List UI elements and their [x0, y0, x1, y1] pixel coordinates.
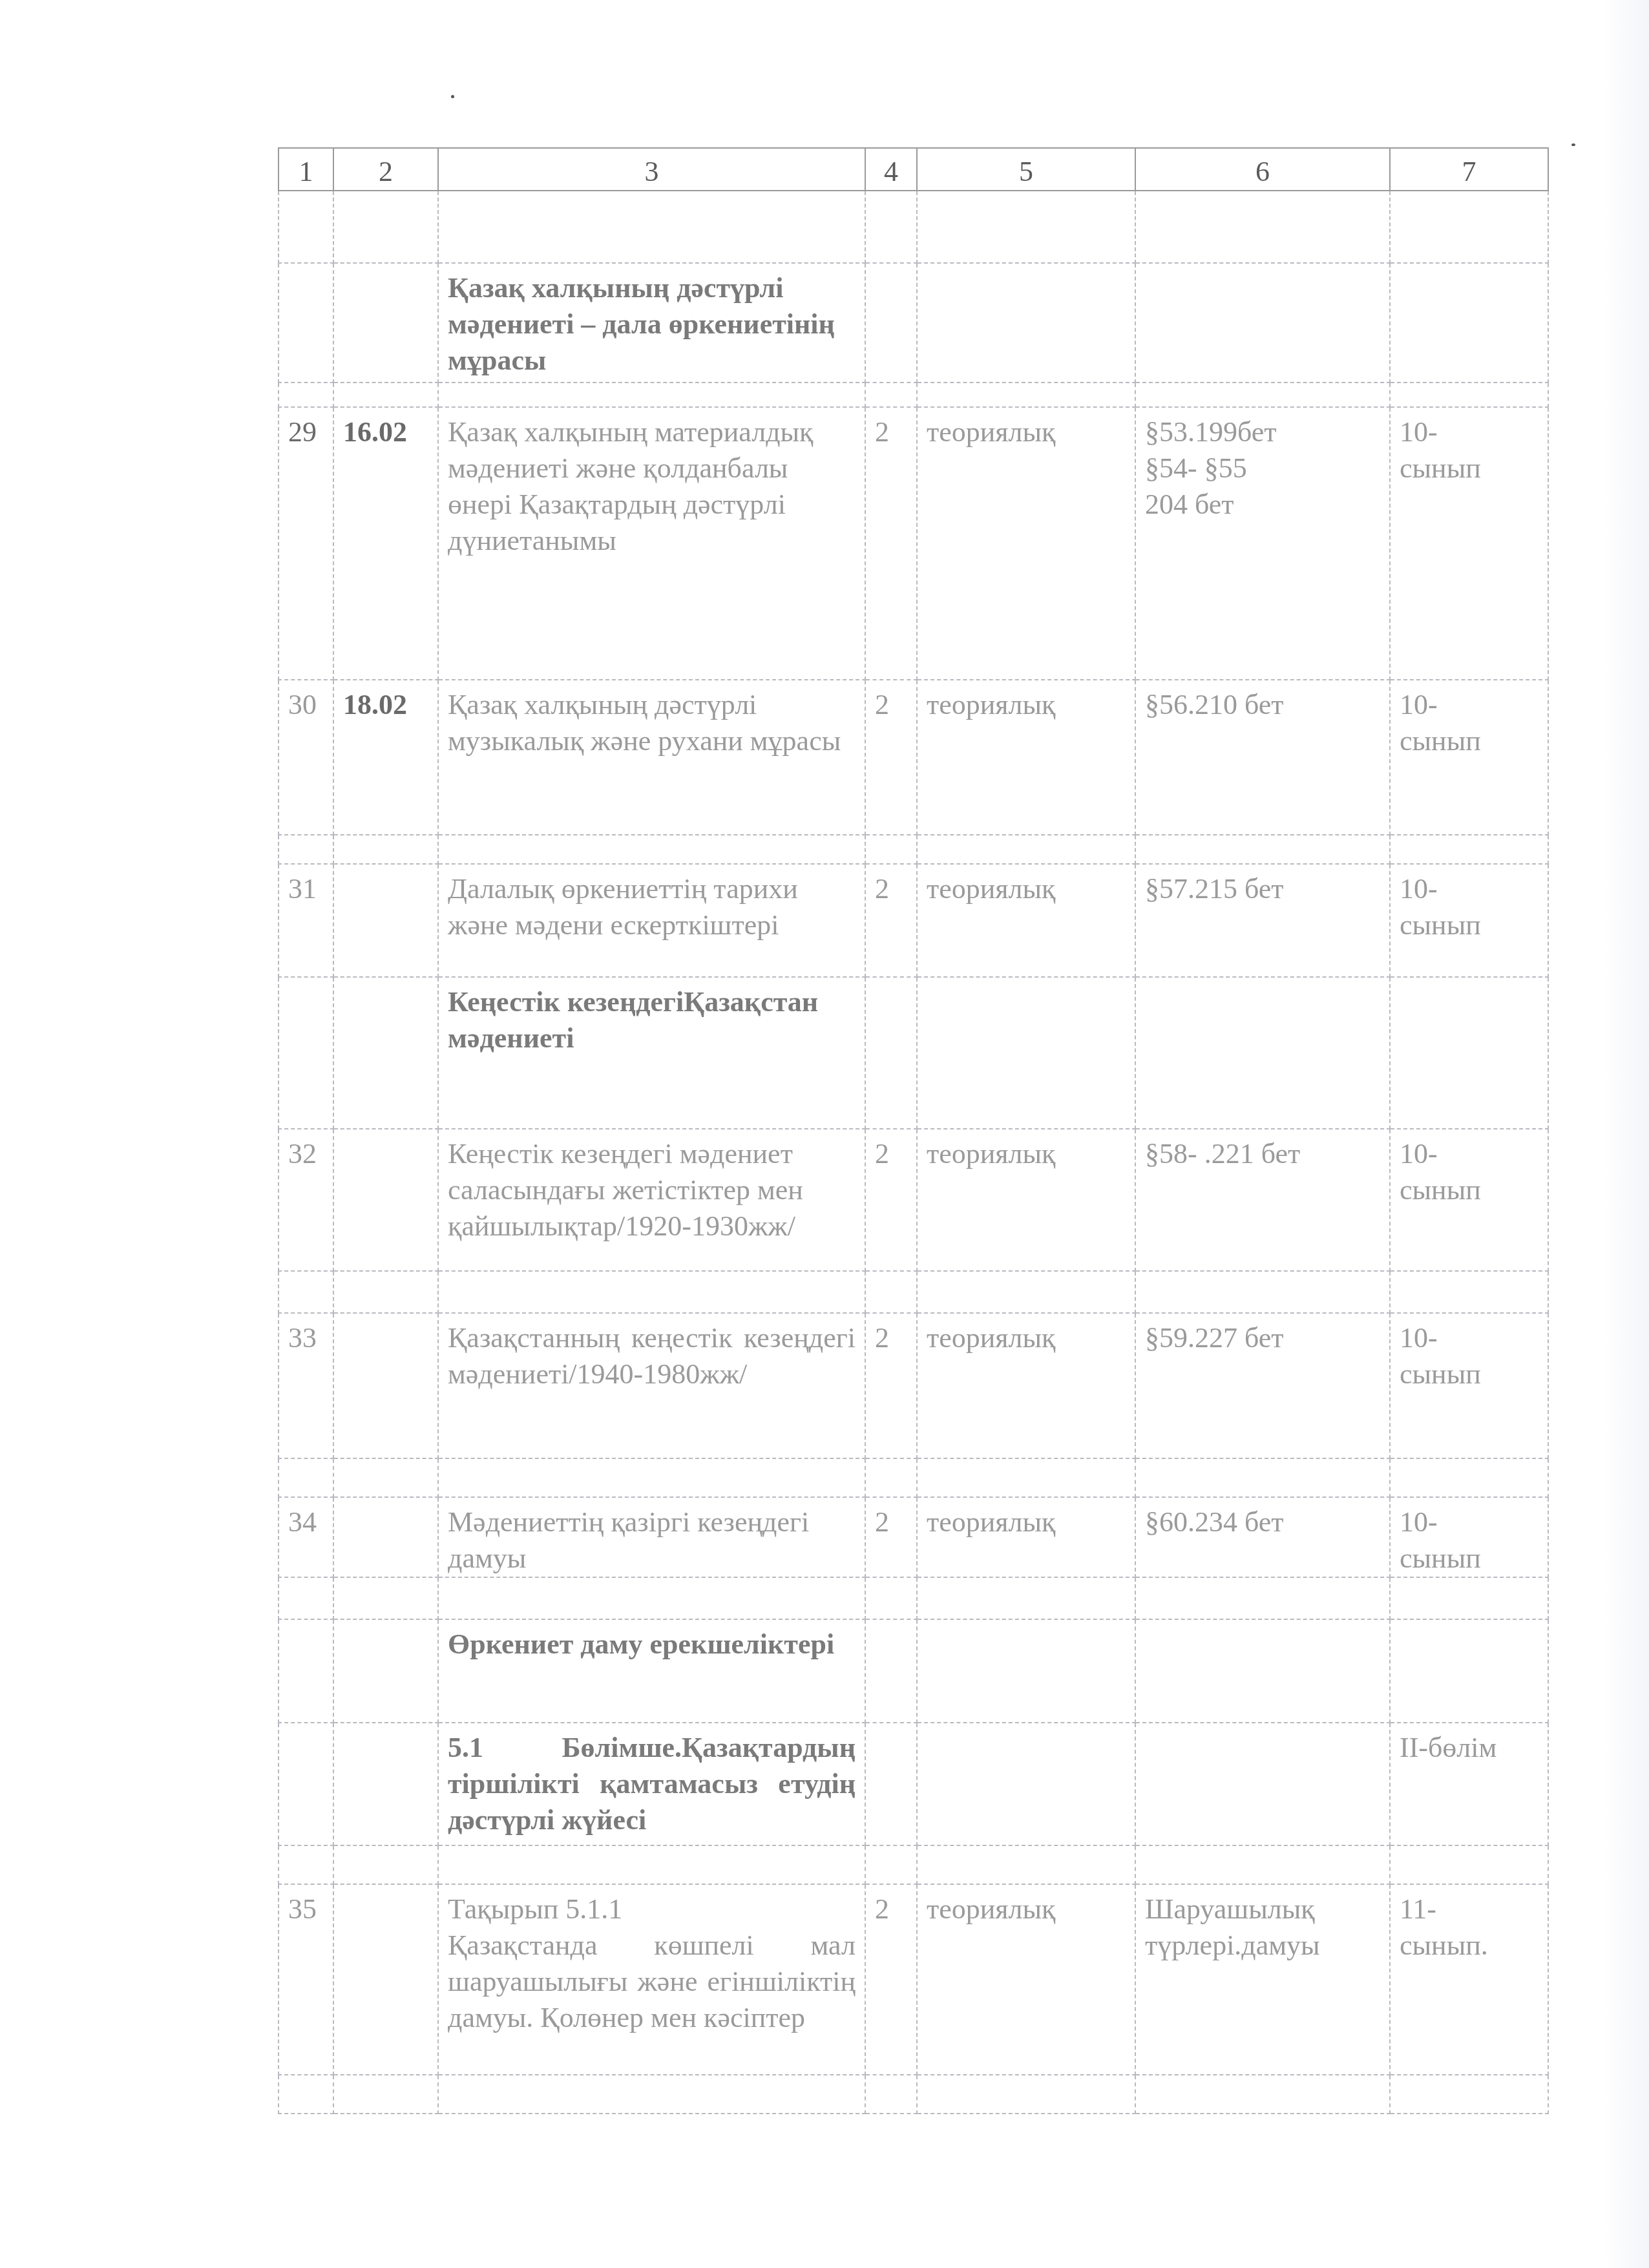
lesson-number: 32 — [278, 1129, 333, 1271]
lesson-number-text: 30 — [288, 687, 324, 723]
lesson-date: 16.02 — [333, 407, 438, 680]
lesson-reference: §58- .221 бет — [1135, 1129, 1390, 1271]
lesson-number-text: 32 — [288, 1136, 324, 1172]
lesson-reference — [1135, 1271, 1390, 1313]
lesson-topic — [438, 1577, 865, 1619]
lesson-type — [917, 263, 1135, 383]
lesson-hours: 2 — [865, 680, 917, 835]
lesson-reference — [1135, 1845, 1390, 1884]
lesson-number — [278, 383, 333, 407]
lesson-type — [917, 1458, 1135, 1497]
lesson-note: 10-сынып — [1390, 680, 1548, 835]
lesson-note-text: 10- — [1400, 687, 1539, 723]
lesson-reference — [1135, 835, 1390, 864]
lesson-hours — [865, 263, 917, 383]
lesson-reference — [1135, 263, 1390, 383]
lesson-note-text: сынып — [1400, 1172, 1539, 1208]
lesson-note — [1390, 1458, 1548, 1497]
lesson-note — [1390, 835, 1548, 864]
lesson-hours — [865, 1271, 917, 1313]
lesson-note-text: сынып — [1400, 450, 1539, 487]
lesson-hours: 2 — [865, 407, 917, 680]
lesson-date — [333, 1129, 438, 1271]
lesson-reference-text: 204 бет — [1145, 487, 1380, 523]
lesson-date-text: 18.02 — [343, 687, 428, 723]
scan-speck — [451, 95, 454, 98]
lesson-hours-text: 2 — [875, 1504, 907, 1540]
lesson-date-text: 16.02 — [343, 414, 428, 450]
lesson-type-text: теориялық — [927, 1136, 1126, 1172]
lesson-note: 10-сынып — [1390, 1129, 1548, 1271]
lesson-topic: Қазақ халқының материалдық мәдениеті жән… — [438, 407, 865, 680]
lesson-reference — [1135, 1577, 1390, 1619]
lesson-reference: Шаруашылық түрлері.дамуы — [1135, 1884, 1390, 2075]
table-row: 33Қазақстанның кеңестік кезеңдегі мәдени… — [278, 1313, 1548, 1458]
section-row: Кеңестік кезеңдегіҚазақстан мәдениеті — [278, 977, 1548, 1129]
lesson-note-text: 11- — [1400, 1891, 1539, 1927]
lesson-topic: Өркениет даму ерекшеліктері — [438, 1619, 865, 1723]
lesson-note — [1390, 383, 1548, 407]
lesson-note: 11-сынып. — [1390, 1884, 1548, 2075]
lesson-topic — [438, 1458, 865, 1497]
lesson-topic-text: Қазақстанда көшпелі мал шаруашылығы және… — [448, 1927, 856, 2036]
lesson-number-text: 34 — [288, 1504, 324, 1540]
lesson-reference — [1135, 977, 1390, 1129]
table-row: 31Далалық өркениеттің тарихи және мәдени… — [278, 864, 1548, 977]
lesson-reference — [1135, 2075, 1390, 2114]
lesson-topic: Тақырып 5.1.1Қазақстанда көшпелі мал шар… — [438, 1884, 865, 2075]
lesson-topic: 5.1 Бөлімше.Қазақтардың тіршілікті қамта… — [438, 1723, 865, 1845]
section-row: Қазақ халқының дәстүрлі мәдениеті – дала… — [278, 263, 1548, 383]
lesson-topic-text: Мәдениеттің қазіргі кезеңдегі дамуы — [448, 1504, 856, 1577]
lesson-number — [278, 1619, 333, 1723]
lesson-note-text: сынып — [1400, 723, 1539, 759]
lesson-topic: Далалық өркениеттің тарихи және мәдени е… — [438, 864, 865, 977]
lesson-type — [917, 835, 1135, 864]
lesson-note-text: сынып — [1400, 907, 1539, 943]
lesson-reference: §60.234 бет — [1135, 1497, 1390, 1577]
lesson-type: теориялық — [917, 1129, 1135, 1271]
lesson-type-text: теориялық — [927, 1504, 1126, 1540]
header-col-3: 3 — [438, 148, 865, 191]
header-col-2: 2 — [333, 148, 438, 191]
lesson-number-text: 29 — [288, 414, 324, 450]
lesson-date — [333, 835, 438, 864]
lesson-topic-text: Далалық өркениеттің тарихи және мәдени е… — [448, 871, 856, 943]
lesson-plan-table: 1 2 3 4 5 6 7 Қазақ халқының дәстүрлі мә… — [278, 147, 1549, 2114]
lesson-type — [917, 2075, 1135, 2114]
lesson-number: 34 — [278, 1497, 333, 1577]
section-row: 5.1 Бөлімше.Қазақтардың тіршілікті қамта… — [278, 1723, 1548, 1845]
lesson-topic-text: Өркениет даму ерекшеліктері — [448, 1626, 856, 1663]
lesson-topic: Қазақ халқының дәстүрлі мәдениеті – дала… — [438, 263, 865, 383]
lesson-date — [333, 2075, 438, 2114]
lesson-topic — [438, 2075, 865, 2114]
lesson-hours — [865, 1458, 917, 1497]
scan-edge-shadow — [1604, 0, 1649, 2268]
lesson-hours — [865, 977, 917, 1129]
header-col-7: 7 — [1390, 148, 1548, 191]
lesson-hours-text: 2 — [875, 687, 907, 723]
lesson-number — [278, 1577, 333, 1619]
lesson-hours-text: 2 — [875, 871, 907, 907]
lesson-number — [278, 1271, 333, 1313]
lesson-note: ІІ-бөлім — [1390, 1723, 1548, 1845]
lesson-reference-text: §56.210 бет — [1145, 687, 1380, 723]
header-col-6: 6 — [1135, 148, 1390, 191]
lesson-note-text: сынып — [1400, 1540, 1539, 1577]
lesson-hours — [865, 835, 917, 864]
lesson-hours-text: 2 — [875, 1320, 907, 1356]
lesson-topic-text: Тақырып 5.1.1 — [448, 1891, 856, 1927]
lesson-type-text: теориялық — [927, 687, 1126, 723]
lesson-date — [333, 1845, 438, 1884]
table-header-row: 1 2 3 4 5 6 7 — [278, 148, 1548, 191]
table-row: 2916.02Қазақ халқының материалдық мәдени… — [278, 407, 1548, 680]
lesson-hours-text: 2 — [875, 1891, 907, 1927]
lesson-reference-text: §60.234 бет — [1145, 1504, 1380, 1540]
lesson-topic: Қазақ халқының дәстүрлі музыкалық және р… — [438, 680, 865, 835]
spacer-row — [278, 191, 1548, 263]
lesson-reference-text: §59.227 бет — [1145, 1320, 1380, 1356]
lesson-number: 31 — [278, 864, 333, 977]
lesson-note — [1390, 191, 1548, 263]
lesson-date — [333, 977, 438, 1129]
lesson-number — [278, 1723, 333, 1845]
lesson-date — [333, 1884, 438, 2075]
lesson-number: 33 — [278, 1313, 333, 1458]
lesson-hours: 2 — [865, 864, 917, 977]
lesson-reference: §53.199бет§54- §55204 бет — [1135, 407, 1390, 680]
lesson-type: теориялық — [917, 407, 1135, 680]
lesson-reference-text: §53.199бет — [1145, 414, 1380, 450]
spacer-row — [278, 1577, 1548, 1619]
lesson-note-text: 10- — [1400, 871, 1539, 907]
lesson-hours — [865, 1577, 917, 1619]
lesson-note — [1390, 1845, 1548, 1884]
header-col-5: 5 — [917, 148, 1135, 191]
lesson-note-text: сынып. — [1400, 1927, 1539, 1964]
lesson-hours-text: 2 — [875, 1136, 907, 1172]
spacer-row — [278, 835, 1548, 864]
lesson-hours — [865, 191, 917, 263]
lesson-date — [333, 191, 438, 263]
lesson-topic-text: Кеңестік кезеңдегі мәдениет саласындағы … — [448, 1136, 856, 1244]
lesson-topic-text: Қазақ халқының материалдық мәдениеті жән… — [448, 414, 856, 559]
lesson-note-text: 10- — [1400, 414, 1539, 450]
lesson-note: 10-сынып — [1390, 1497, 1548, 1577]
lesson-type — [917, 1845, 1135, 1884]
table-row: 3018.02Қазақ халқының дәстүрлі музыкалық… — [278, 680, 1548, 835]
lesson-number: 35 — [278, 1884, 333, 2075]
lesson-topic-text: 5.1 Бөлімше.Қазақтардың тіршілікті қамта… — [448, 1730, 856, 1838]
lesson-topic — [438, 1845, 865, 1884]
lesson-number-text: 31 — [288, 871, 324, 907]
lesson-hours — [865, 383, 917, 407]
lesson-date — [333, 1313, 438, 1458]
table-row: 34Мәдениеттің қазіргі кезеңдегі дамуы2те… — [278, 1497, 1548, 1577]
lesson-note-text: 10- — [1400, 1136, 1539, 1172]
lesson-number — [278, 1458, 333, 1497]
lesson-topic-text: Қазақ халқының дәстүрлі музыкалық және р… — [448, 687, 856, 759]
lesson-type: теориялық — [917, 1313, 1135, 1458]
lesson-number — [278, 835, 333, 864]
lesson-number — [278, 977, 333, 1129]
lesson-note: 10-сынып — [1390, 864, 1548, 977]
lesson-number-text: 35 — [288, 1891, 324, 1927]
lesson-topic: Мәдениеттің қазіргі кезеңдегі дамуы — [438, 1497, 865, 1577]
lesson-hours — [865, 1845, 917, 1884]
lesson-note — [1390, 1577, 1548, 1619]
lesson-reference-text: §54- §55 — [1145, 450, 1380, 487]
lesson-type — [917, 191, 1135, 263]
lesson-number: 30 — [278, 680, 333, 835]
lesson-reference: §57.215 бет — [1135, 864, 1390, 977]
table-row: 32Кеңестік кезеңдегі мәдениет саласындағ… — [278, 1129, 1548, 1271]
lesson-date — [333, 383, 438, 407]
spacer-row — [278, 2075, 1548, 2114]
lesson-date — [333, 1458, 438, 1497]
lesson-type: теориялық — [917, 680, 1135, 835]
lesson-note — [1390, 2075, 1548, 2114]
lesson-type-text: теориялық — [927, 414, 1126, 450]
lesson-note — [1390, 1271, 1548, 1313]
lesson-type — [917, 1577, 1135, 1619]
lesson-note: 10-сынып — [1390, 1313, 1548, 1458]
lesson-number — [278, 191, 333, 263]
lesson-reference — [1135, 383, 1390, 407]
section-row: Өркениет даму ерекшеліктері — [278, 1619, 1548, 1723]
table-row: 35Тақырып 5.1.1Қазақстанда көшпелі мал ш… — [278, 1884, 1548, 2075]
lesson-topic-text: Қазақ халқының дәстүрлі мәдениеті – дала… — [448, 270, 856, 379]
lesson-type — [917, 1619, 1135, 1723]
lesson-hours-text: 2 — [875, 414, 907, 450]
lesson-number — [278, 1845, 333, 1884]
lesson-date — [333, 1619, 438, 1723]
lesson-type — [917, 977, 1135, 1129]
lesson-note-text: 10- — [1400, 1504, 1539, 1540]
lesson-type: теориялық — [917, 1497, 1135, 1577]
lesson-note: 10-сынып — [1390, 407, 1548, 680]
lesson-topic: Кеңестік кезеңдегі мәдениет саласындағы … — [438, 1129, 865, 1271]
spacer-row — [278, 1271, 1548, 1313]
lesson-reference: §56.210 бет — [1135, 680, 1390, 835]
lesson-type — [917, 383, 1135, 407]
lesson-type — [917, 1723, 1135, 1845]
lesson-date — [333, 1271, 438, 1313]
lesson-type-text: теориялық — [927, 871, 1126, 907]
header-col-4: 4 — [865, 148, 917, 191]
lesson-number — [278, 263, 333, 383]
spacer-row — [278, 1845, 1548, 1884]
lesson-reference: §59.227 бет — [1135, 1313, 1390, 1458]
lesson-number — [278, 2075, 333, 2114]
lesson-note — [1390, 977, 1548, 1129]
lesson-type: теориялық — [917, 864, 1135, 977]
lesson-date — [333, 1577, 438, 1619]
lesson-topic — [438, 1271, 865, 1313]
spacer-row — [278, 383, 1548, 407]
lesson-date — [333, 263, 438, 383]
lesson-topic — [438, 835, 865, 864]
lesson-number-text: 33 — [288, 1320, 324, 1356]
lesson-hours: 2 — [865, 1129, 917, 1271]
lesson-reference — [1135, 191, 1390, 263]
lesson-hours — [865, 1619, 917, 1723]
lesson-type — [917, 1271, 1135, 1313]
lesson-type: теориялық — [917, 1884, 1135, 2075]
header-col-1: 1 — [278, 148, 333, 191]
spacer-row — [278, 1458, 1548, 1497]
lesson-date — [333, 1723, 438, 1845]
lesson-type-text: теориялық — [927, 1891, 1126, 1927]
lesson-reference-text: Шаруашылық түрлері.дамуы — [1145, 1891, 1380, 1964]
lesson-topic — [438, 383, 865, 407]
lesson-topic-text: Қазақстанның кеңестік кезеңдегі мәдениет… — [448, 1320, 856, 1392]
lesson-number: 29 — [278, 407, 333, 680]
lesson-note-text: 10- — [1400, 1320, 1539, 1356]
lesson-hours: 2 — [865, 1497, 917, 1577]
lesson-reference — [1135, 1619, 1390, 1723]
lesson-reference — [1135, 1723, 1390, 1845]
lesson-hours: 2 — [865, 1884, 917, 2075]
lesson-hours — [865, 1723, 917, 1845]
lesson-date: 18.02 — [333, 680, 438, 835]
lesson-topic — [438, 191, 865, 263]
lesson-note-text: ІІ-бөлім — [1400, 1730, 1539, 1766]
lesson-note — [1390, 263, 1548, 383]
scan-speck — [1571, 143, 1575, 146]
lesson-hours — [865, 2075, 917, 2114]
lesson-type-text: теориялық — [927, 1320, 1126, 1356]
lesson-topic: Қазақстанның кеңестік кезеңдегі мәдениет… — [438, 1313, 865, 1458]
lesson-date — [333, 1497, 438, 1577]
lesson-topic-text: Кеңестік кезеңдегіҚазақстан мәдениеті — [448, 984, 856, 1056]
lesson-reference — [1135, 1458, 1390, 1497]
lesson-date — [333, 864, 438, 977]
lesson-reference-text: §58- .221 бет — [1145, 1136, 1380, 1172]
lesson-reference-text: §57.215 бет — [1145, 871, 1380, 907]
lesson-note — [1390, 1619, 1548, 1723]
lesson-hours: 2 — [865, 1313, 917, 1458]
lesson-topic: Кеңестік кезеңдегіҚазақстан мәдениеті — [438, 977, 865, 1129]
lesson-note-text: сынып — [1400, 1356, 1539, 1392]
